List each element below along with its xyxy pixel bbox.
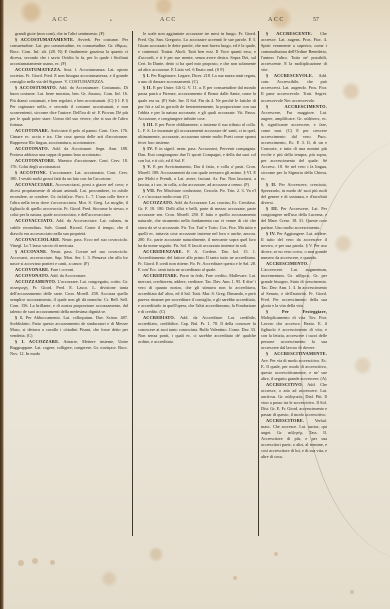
entry-headword: § III. (143, 122, 154, 127)
dictionary-entry: ACCREDIATO. Add. da Accreditare. Lat. cr… (138, 315, 256, 345)
entry-headword: ACCOVONARE. (15, 267, 49, 272)
entry-headword: ACCREDENZARE. (143, 249, 183, 254)
dictionary-entry: § ACCRESCEVOLE. Add. com. Accrescibile, … (261, 73, 327, 103)
entry-headword: ACCREDIATO. (143, 315, 175, 320)
dictionary-entry: § II. Per Accrescere, cresciuto, Sprezza… (261, 182, 327, 206)
entry-headword: § IV. (143, 146, 153, 151)
running-head: ACC • ACC ACC 57 (0, 17, 390, 27)
dictionary-entry: § VII. Per Mischiare confusione, Cescola… (138, 188, 256, 200)
entry-headword: ACCOZZAMENTO. (15, 279, 56, 284)
dictionary-entry: § IV. E in signif. neutr. pass. Accozzar… (138, 146, 256, 164)
entry-definition: Add. Che accresce, o atto ad accrescere.… (261, 382, 327, 417)
dictionary-entry: § ACCRESCIMENTO. Accrescere, Far maggior… (261, 104, 327, 183)
entry-headword: § V. (143, 164, 151, 169)
entry-definition: E per Porre obbliamente, o insieme il su… (138, 122, 256, 145)
entry-headword: § ACCOTONE. (15, 170, 47, 175)
foxing-stain (274, 552, 278, 556)
entry-headword: ACCOZZATO. (143, 200, 173, 205)
dictionary-entry: le scale non aggiuntate accozzare tre me… (138, 31, 256, 73)
running-head-right: ACC (268, 17, 285, 23)
dictionary-entry: ACCOVACCIOLARE. Neutr. pass. Ecco nel su… (10, 237, 128, 249)
entry-headword: ACCOVACCIATO. (15, 218, 54, 223)
column-2: le scale non aggiuntate accozzare tre me… (138, 31, 256, 536)
dictionary-entry: ACCRESCIMENTO. L'accrescere. Lat. augmen… (261, 261, 327, 309)
entry-headword: ACCOTONATORE. (15, 158, 55, 163)
dictionary-entry: ACCOVACCIATO. Add. da Accovacciare. Lat.… (10, 218, 128, 236)
dictionary-entry: § Per Festeggiare, Moltiplicamento di vi… (261, 309, 327, 351)
foxing-stain (233, 576, 237, 580)
entry-headword: ACCRESCIMENTO. (266, 261, 308, 266)
entry-definition: Verbal. masc. Che accresce. Lat. auctor,… (261, 418, 327, 459)
entry-definition: Fare i covoni. (51, 267, 75, 272)
entry-definition: L'accrescere. Lat. augmentum, incrementu… (261, 267, 327, 308)
dictionary-entry: ACCOVACCIARE. Accovacciarsi, porsi a gia… (10, 182, 128, 218)
entry-definition: E per Unire. Gli G. V. 11. a. E per cons… (138, 85, 256, 120)
entry-headword: ACCREDITARE. (143, 273, 178, 278)
entry-definition: Accovacciarsi, porsi a giacer nel covo; … (10, 182, 128, 217)
page-number: 57 (313, 17, 319, 23)
entry-definition: le scale non aggiuntate accozzare tre me… (138, 31, 256, 72)
foxing-stain (18, 560, 24, 566)
entry-definition: Che accresce. Lat. augens. Pros. Fior. 4… (261, 31, 327, 72)
entry-definition: Avv. Per via di modo accrescitivo. Ec. E… (261, 358, 327, 381)
dictionary-entry: § V. E per Avvicinamento, Dar il fatto, … (138, 164, 256, 188)
entry-headword: § II. (266, 182, 276, 187)
entry-headword: § ACCOSTUMATO. (15, 85, 57, 90)
dictionary-entry: § I. ACCOZZARE. Attrarre, Mettere insiem… (10, 339, 128, 357)
entry-headword: § ACCOVANE. (15, 249, 47, 254)
dictionary-entry: § I. Per Abboccamento. Lat. colloquium. … (10, 315, 128, 339)
dictionary-entry: § ACCRESCENTE. Che accresce. Lat. augens… (261, 31, 327, 73)
running-head-ornament: • (110, 19, 113, 24)
entry-headword: § ACCRESCENTE. (266, 31, 312, 36)
dictionary-entry: § III. E per Porre obbliamente, o insiem… (138, 122, 256, 146)
foxing-stain (50, 560, 55, 565)
dictionary-entry: § I. Per Ragionare, Legare, Dicer. 218. … (138, 73, 256, 85)
column-rule-2 (258, 31, 259, 536)
running-head-center: ACC (160, 17, 177, 23)
entry-headword: § ACCOSTUMATAMENTE. (15, 37, 74, 42)
book-binding-edge (0, 0, 4, 609)
column-1: grandi gioie (non com), che in l'altri s… (10, 31, 128, 535)
entry-definition: Per Mischiare confusione, Cescola. Fir. … (138, 188, 256, 199)
entry-headword: ACCOSTUMATEZZA. (15, 67, 62, 72)
entry-headword: ACCOTONARE. (15, 128, 49, 133)
entry-headword: ACCOVACCIARE. (15, 182, 54, 187)
dictionary-entry: ACCOZZATO. Add. da Accozzare. Lat. coact… (138, 200, 256, 248)
foxing-stain (350, 590, 354, 594)
entry-headword: § ACCRESCIMENTO. (266, 104, 327, 109)
dictionary-entry: ACCOTONARE. Arricciare il pelo al panno.… (10, 128, 128, 146)
entry-headword: ACCRESCITORE. (266, 418, 304, 423)
dictionary-entry: § ACCOTONE. L'accotonare. Lat. accotonat… (10, 170, 128, 182)
entry-definition: Per Ragionare, Legare, Dicer. 218. La su… (138, 73, 256, 84)
dictionary-entry: § ACCRESCITIVAMENTE. Avv. Per via di mod… (261, 351, 327, 381)
entry-definition: E per Avvicinamento, Dar il fatto, e col… (138, 164, 256, 187)
entry-headword: § III. (266, 206, 278, 211)
entry-headword: § ACCRESCITIVAMENTE. (266, 351, 327, 356)
entry-headword: § I. (143, 73, 150, 78)
dictionary-entry: § ACCOSTUMATO. Add. da Accostumare. Cost… (10, 85, 128, 127)
entry-definition: Accrescere, Far maggiore. Lat. augere, a… (261, 110, 327, 182)
entry-definition: L'accozzare. Lat. congregatio, coitio. G… (10, 279, 128, 314)
dictionary-entry: ACCOSTUMATEZZA. Sost. f. Accostumanza. L… (10, 67, 128, 85)
foxing-stain (32, 558, 38, 564)
entry-definition: Moltiplicamento di vita. Tov. Fior. Lavo… (261, 315, 327, 350)
entry-headword: § IV. (266, 231, 276, 236)
column-3: § ACCRESCENTE. Che accresce. Lat. augens… (261, 31, 327, 537)
dictionary-entry: ACCRESCITORE. Verbal. masc. Che accresce… (261, 418, 327, 460)
dictionary-entry: ACCOTONATORE. Maestro d'accotonare. Cont… (10, 158, 128, 170)
entry-definition: Per Abboccamento. Lat. colloquium. Dav. … (10, 315, 128, 338)
entry-headword: § ACCRESCEVOLE. (266, 73, 313, 78)
entry-definition: grandi gioie (non com), che in l'altri s… (15, 31, 104, 36)
dictionary-entry: ACCOZZAMENTO. L'accozzare. Lat. congrega… (10, 279, 128, 315)
dictionary-entry: § III. Per Accrescere, Lat. Per congiung… (261, 206, 327, 230)
entry-headword: ACCOTONATO. (15, 146, 49, 151)
column-rule-1 (132, 31, 133, 536)
entry-headword: § VII. (143, 188, 155, 193)
entry-headword: § I. (15, 315, 23, 320)
entry-headword: ACCOVONATO. (15, 273, 49, 278)
dictionary-entry: § ACCOSTUMATAMENTE. Avverb. Per costume.… (10, 37, 128, 67)
entry-definition: Add. da Accovonare. (50, 273, 86, 278)
entry-definition: Add. da Accozzare. Lat. coactus, Ec. Cre… (138, 200, 256, 247)
dictionary-entry: § ACCOVANE. Neutr. pass. Covare nel suo … (10, 249, 128, 267)
scanned-page: ACC • ACC ACC 57 grandi gioie (non com),… (0, 0, 390, 609)
dictionary-entry: § IV. Per Aggiungere. Lat. addere. Il tu… (261, 231, 327, 261)
dictionary-entry: ACCRESCITIVO. Add. Che accresce, o atto … (261, 382, 327, 418)
entry-headword: § II. (143, 85, 152, 90)
running-head-left: ACC (52, 17, 69, 23)
entry-headword: § Per Festeggiare, (266, 309, 327, 314)
dictionary-entry: ACCREDENZARE. F. A. Credere. Dar. Inf. 1… (138, 249, 256, 273)
entry-headword: ACCOVACCIOLARE. (15, 237, 61, 242)
entry-definition: Porre in fede, Fare credito, Mallevare. … (138, 273, 256, 314)
dictionary-entry: ACCOTONATO. Add. da Accotonare. Segn. An… (10, 146, 128, 158)
dictionary-entry: ACCREDITARE. Porre in fede, Fare credito… (138, 273, 256, 315)
dictionary-entry: § II. E per Unire. Gli G. V. 11. a. E pe… (138, 85, 256, 121)
entry-headword: § I. ACCOZZARE. (15, 339, 59, 344)
entry-definition: Add. da Accostumare. Costumato, Di buon … (10, 85, 128, 126)
entry-definition: E in signif. neutr. pass. Accozzarsi, Pe… (138, 146, 256, 163)
entry-headword: ACCRESCITIVO. (266, 382, 303, 387)
